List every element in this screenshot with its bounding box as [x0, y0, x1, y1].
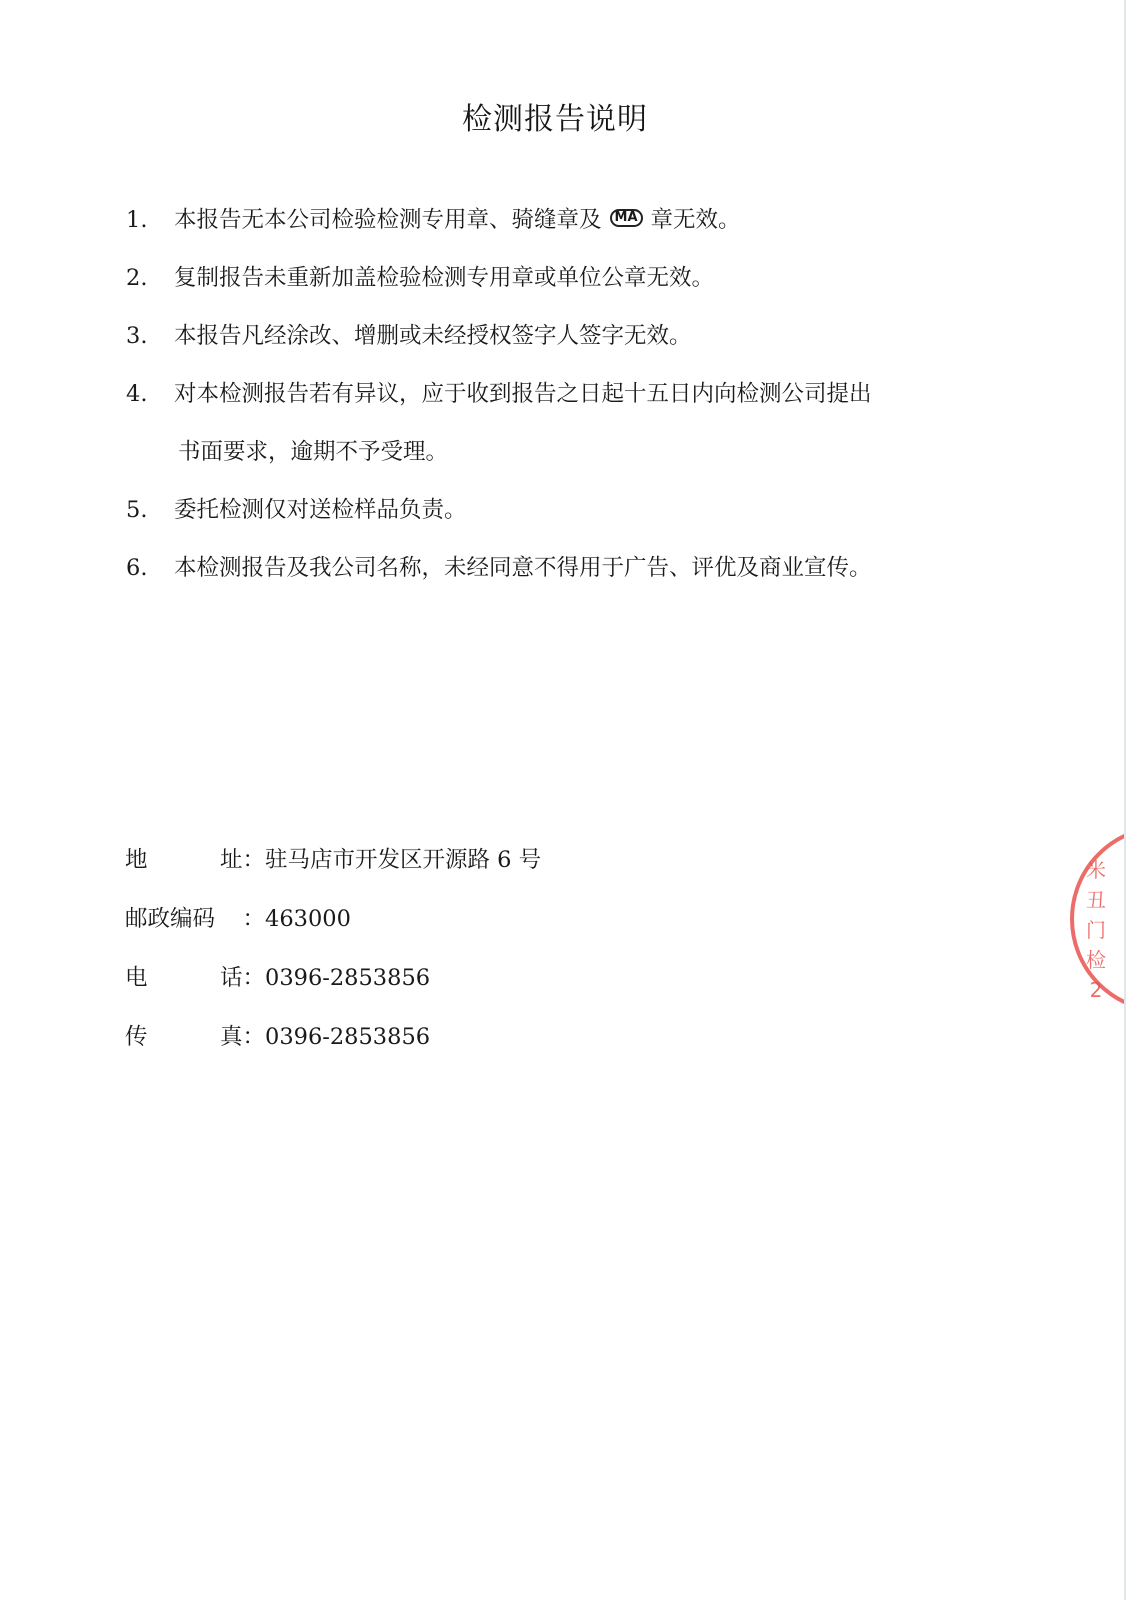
- contact-label: 话：: [220, 964, 265, 1023]
- item-number: 2.: [126, 264, 174, 292]
- contact-label: 传: [125, 1023, 148, 1082]
- item-text: 本检测报告及我公司名称，未经同意不得用于广告、评优及商业宣传。: [174, 554, 1026, 582]
- item-text: 本报告无本公司检验检测专用章、骑缝章及: [174, 207, 602, 233]
- list-item: 2. 复制报告未重新加盖检验检测专用章或单位公章无效。: [126, 264, 1026, 292]
- item-number: 6.: [126, 554, 174, 582]
- contact-value: 驻马店市开发区开源路 6 号: [265, 846, 541, 905]
- item-text-continuation: 书面要求，逾期不予受理。: [174, 438, 1026, 466]
- stamp-char: 检: [1084, 945, 1108, 975]
- item-text: 委托检测仅对送检样品负责。: [174, 496, 1026, 524]
- contact-value: 0396-2853856: [265, 1023, 430, 1082]
- page-title: 检测报告说明: [0, 94, 1110, 138]
- item-text: 对本检测报告若有异议，应于收到报告之日起十五日内向检测公司提出: [174, 381, 872, 407]
- list-item: 1. 本报告无本公司检验检测专用章、骑缝章及MA章无效。: [126, 206, 1026, 234]
- red-seal-stamp-icon: 米 丑 门 检 2: [1070, 825, 1124, 1015]
- contact-label: ：: [242, 905, 265, 964]
- contact-row-address: 地址： 驻马店市开发区开源路 6 号: [125, 846, 541, 905]
- list-item: 5. 委托检测仅对送检样品负责。: [126, 496, 1026, 524]
- item-text: 复制报告未重新加盖检验检测专用章或单位公章无效。: [174, 264, 1026, 292]
- stamp-char: 丑: [1084, 885, 1108, 915]
- item-number: 5.: [126, 496, 174, 524]
- list-item: 3. 本报告凡经涂改、增删或未经授权签字人签字无效。: [126, 322, 1026, 350]
- stamp-char: 2: [1084, 975, 1108, 1005]
- contact-label: 邮政编码: [125, 905, 215, 964]
- contact-label: 真：: [220, 1023, 265, 1082]
- contact-value: 0396-2853856: [265, 964, 430, 1023]
- list-item: 4. 对本检测报告若有异议，应于收到报告之日起十五日内向检测公司提出 书面要求，…: [126, 380, 1026, 466]
- item-number: 1.: [126, 206, 174, 234]
- contact-label: 地: [125, 846, 148, 905]
- notes-list: 1. 本报告无本公司检验检测专用章、骑缝章及MA章无效。 2. 复制报告未重新加…: [126, 206, 1026, 612]
- stamp-char: 门: [1084, 915, 1108, 945]
- item-number: 4.: [126, 380, 174, 466]
- item-text: 章无效。: [651, 207, 741, 233]
- contact-row-fax: 传真： 0396-2853856: [125, 1023, 541, 1082]
- contact-label: 址：: [220, 846, 265, 905]
- contact-value: 463000: [265, 905, 351, 964]
- item-text: 本报告凡经涂改、增删或未经授权签字人签字无效。: [174, 322, 1026, 350]
- contact-row-postcode: 邮政编码： 463000: [125, 905, 541, 964]
- contact-row-phone: 电话： 0396-2853856: [125, 964, 541, 1023]
- contact-label: 电: [125, 964, 148, 1023]
- cma-mark-icon: MA: [610, 209, 643, 227]
- list-item: 6. 本检测报告及我公司名称，未经同意不得用于广告、评优及商业宣传。: [126, 554, 1026, 582]
- stamp-char: 米: [1084, 855, 1108, 885]
- contact-block: 地址： 驻马店市开发区开源路 6 号 邮政编码： 463000 电话： 0396…: [125, 846, 541, 1082]
- item-number: 3.: [126, 322, 174, 350]
- page-edge-line: [1124, 0, 1126, 1600]
